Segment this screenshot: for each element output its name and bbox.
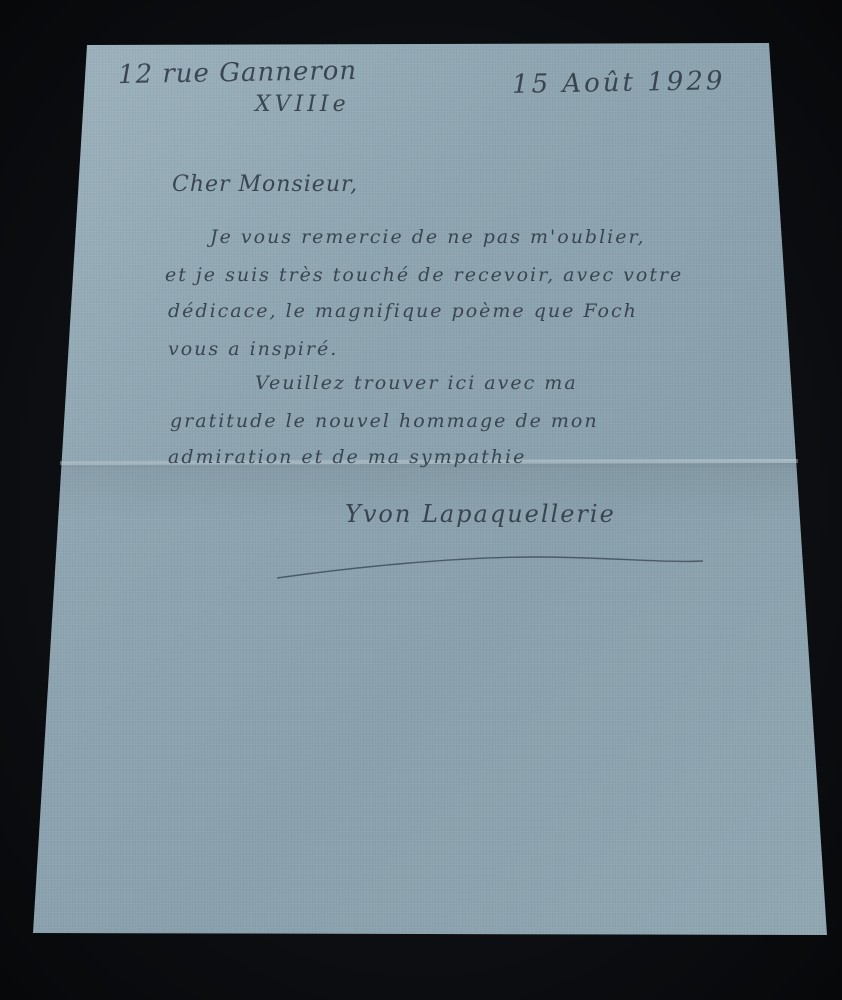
body-line: Je vous remercie de ne pas m'oublier, xyxy=(210,226,646,248)
sender-address-arrondissement: XVIIIe xyxy=(255,92,350,117)
body-line: dédicace, le magnifique poème que Foch xyxy=(168,300,638,322)
letter-date: 15 Août 1929 xyxy=(512,66,726,100)
body-line: admiration et de ma sympathie xyxy=(168,446,526,468)
body-line: gratitude le nouvel hommage de mon xyxy=(170,410,599,432)
body-line: vous a inspiré. xyxy=(168,338,338,360)
signature: Yvon Lapaquellerie xyxy=(345,500,616,528)
body-line: Veuillez trouver ici avec ma xyxy=(255,372,578,394)
sender-address-street: 12 rue Ganneron xyxy=(118,56,358,90)
body-line: et je suis très touché de recevoir, avec… xyxy=(165,264,683,286)
salutation: Cher Monsieur, xyxy=(172,172,358,197)
signature-flourish-icon xyxy=(275,545,705,585)
